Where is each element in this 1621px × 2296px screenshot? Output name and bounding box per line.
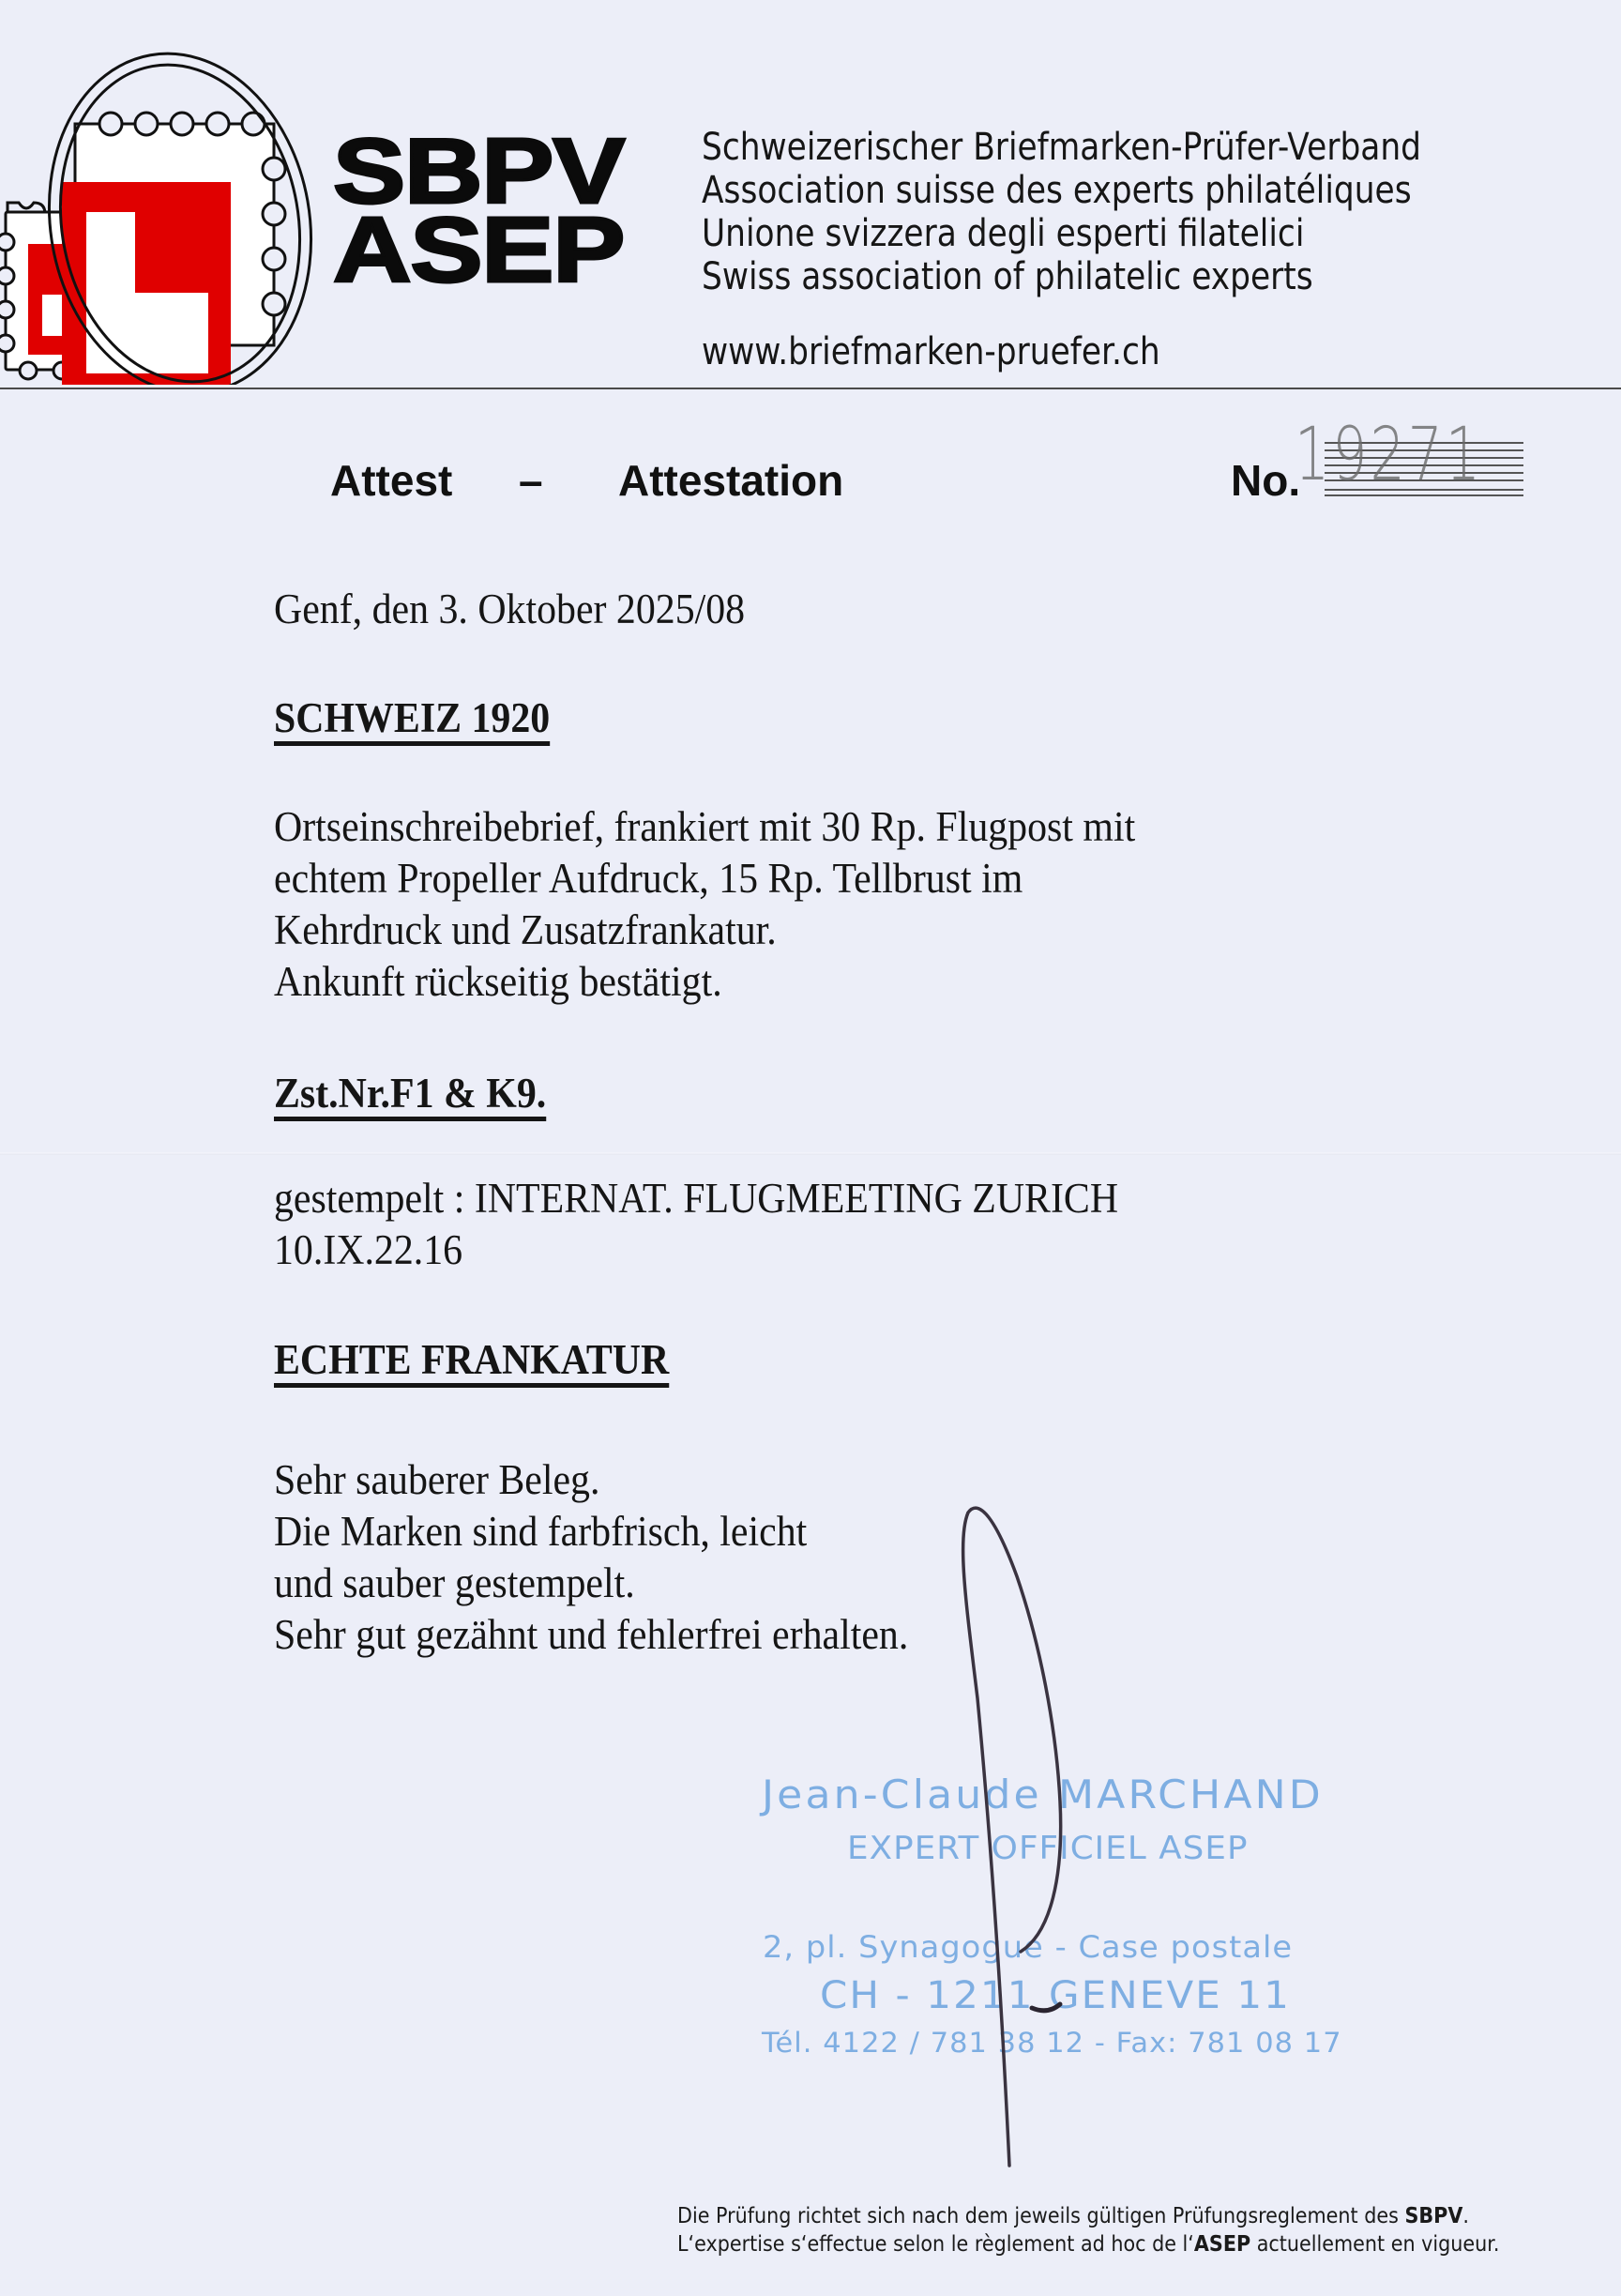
org-name-en: Swiss association of philatelic experts	[702, 255, 1313, 298]
certificate-number-label: No.	[1231, 455, 1300, 506]
catalog-heading: Zst.Nr.F1 & K9.	[274, 1068, 546, 1119]
footer-regulation-de: Die Prüfung richtet sich nach dem jeweil…	[677, 2202, 1469, 2230]
brand-asep: ASEP	[333, 208, 624, 291]
description-line: echtem Propeller Aufdruck, 15 Rp. Tellbr…	[274, 853, 1135, 905]
condition-line: Sehr sauberer Beleg.	[274, 1454, 908, 1506]
description-line: Ankunft rückseitig bestätigt.	[274, 956, 1135, 1008]
description-line: Ortseinschreibebrief, frankiert mit 30 R…	[274, 801, 1135, 853]
website-link[interactable]: www.briefmarken-pruefer.ch	[702, 330, 1160, 373]
header-divider	[0, 388, 1621, 389]
title-dash: –	[519, 455, 543, 506]
org-name-it: Unione svizzera degli esperti filatelici	[702, 212, 1304, 255]
date-line: Genf, den 3. Oktober 2025/08	[274, 584, 745, 635]
org-name-de: Schweizerischer Briefmarken-Prüfer-Verba…	[702, 126, 1421, 169]
title-attestation: Attestation	[618, 455, 843, 506]
org-name-fr: Association suisse des experts philatéli…	[702, 169, 1412, 212]
paper-fold	[0, 1152, 1621, 1155]
certificate-number: 19271	[1295, 413, 1483, 497]
condition-line: Sehr gut gezähnt und fehlerfrei erhalten…	[274, 1609, 908, 1661]
stamp-expert-title: EXPERT OFFICIEL ASEP	[847, 1830, 1249, 1867]
title-attest: Attest	[330, 455, 452, 506]
footer-regulation-fr: L‘expertise s‘effectue selon le règlemen…	[677, 2230, 1499, 2258]
postmark-block: gestempelt : INTERNAT. FLUGMEETING ZURIC…	[274, 1173, 1118, 1276]
condition-line: und sauber gestempelt.	[274, 1558, 908, 1609]
stamp-city: CH - 1211 GENEVE 11	[820, 1974, 1291, 2017]
stamp-address: 2, pl. Synagogue - Case postale	[763, 1929, 1293, 1965]
postmark-line: gestempelt : INTERNAT. FLUGMEETING ZURIC…	[274, 1173, 1118, 1224]
stamp-phone: Tél. 4122 / 781 38 12 - Fax: 781 08 17	[762, 2027, 1342, 2059]
condition-line: Die Marken sind farbfrisch, leicht	[274, 1506, 908, 1558]
country-heading: SCHWEIZ 1920	[274, 692, 550, 744]
verdict-heading: ECHTE FRANKATUR	[274, 1334, 669, 1386]
postmark-line: 10.IX.22.16	[274, 1224, 1118, 1276]
description-line: Kehrdruck und Zusatzfrankatur.	[274, 905, 1135, 956]
condition-block: Sehr sauberer Beleg. Die Marken sind far…	[274, 1454, 908, 1661]
description-block: Ortseinschreibebrief, frankiert mit 30 R…	[274, 801, 1135, 1008]
stamp-expert-name: Jean-Claude MARCHAND	[762, 1771, 1324, 1817]
